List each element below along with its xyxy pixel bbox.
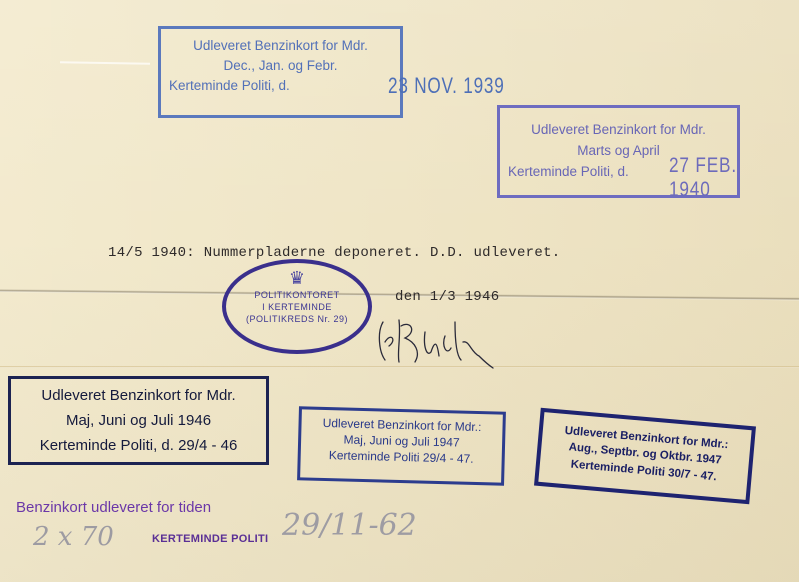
stamp-line: Kerteminde Politi, d. — [161, 78, 400, 95]
paper-crease — [60, 61, 150, 65]
stamp-benzinkort-1947-summer: Udleveret Benzinkort for Mdr.: Maj, Juni… — [297, 406, 506, 485]
stamp-line: Udleveret Benzinkort for Mdr. — [161, 38, 400, 55]
stamp-line: Maj, Juni og Juli 1946 — [11, 412, 266, 431]
stamp-line: Dec., Jan. og Febr. — [161, 58, 400, 75]
handwritten-signature — [375, 312, 495, 372]
stamp-benzinkort-1947-autumn: Udleveret Benzinkort for Mdr.: Aug., Sep… — [534, 408, 756, 505]
stamp-benzinkort-1946: Udleveret Benzinkort for Mdr. Maj, Juni … — [8, 376, 269, 465]
stamp-benzinkort-udleveret: Benzinkort udleveret for tiden — [16, 499, 211, 516]
handwritten-note: 2 x 70 — [33, 522, 114, 552]
police-oval-seal: ♛ POLITIKONTORET I KERTEMINDE (POLITIKRE… — [222, 259, 372, 354]
seal-line: POLITIKONTORET — [226, 290, 368, 302]
stamp-line: Udleveret Benzinkort for Mdr. — [500, 122, 737, 139]
handwritten-date: 29/11-62 — [282, 508, 417, 543]
stamp-benzinkort-1939: Udleveret Benzinkort for Mdr. Dec., Jan.… — [158, 26, 403, 118]
document-page: Udleveret Benzinkort for Mdr. Dec., Jan.… — [0, 0, 799, 582]
typed-note-1940: 14/5 1940: Nummerpladerne deponeret. D.D… — [108, 245, 560, 261]
date-stamp-1940: 27 FEB. 1940 — [669, 154, 776, 202]
seal-line: (POLITIKREDS Nr. 29) — [226, 314, 368, 326]
seal-line: I KERTEMINDE — [226, 302, 368, 314]
stamp-line: Kerteminde Politi, d. 29/4 - 46 — [11, 437, 266, 456]
crown-icon: ♛ — [226, 267, 368, 290]
date-stamp-1939: 23 NOV. 1939 — [388, 73, 505, 99]
typed-date-1946: den 1/3 1946 — [395, 289, 499, 305]
stamp-kerteminde-politi: KERTEMINDE POLITI — [152, 533, 268, 545]
stamp-line: Udleveret Benzinkort for Mdr. — [11, 387, 266, 406]
